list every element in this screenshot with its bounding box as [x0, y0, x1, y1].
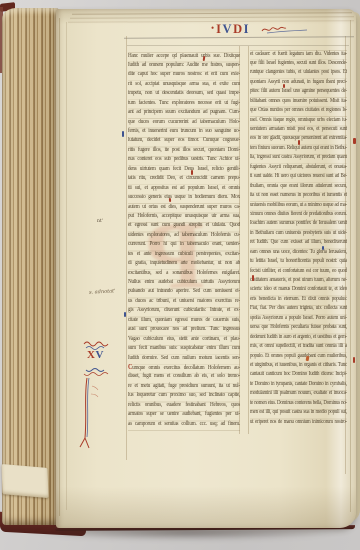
text-line: pites: filii autem Israel uno agmine per… — [250, 87, 347, 96]
rubric-mark — [169, 198, 171, 202]
header-letter: D — [233, 22, 244, 36]
text-line: te Domino in tympanis, cantate Domino in… — [250, 380, 347, 389]
text-line: tes et ante ingressum cubiculi perstrepe… — [128, 250, 240, 259]
header-ruling-line — [127, 45, 349, 46]
text-line: bilitabant omnes quos inuenire potuissen… — [250, 97, 347, 106]
text-line: tii sui, et appositus est ad populum Isr… — [128, 184, 240, 193]
text-line: Hanc mulier accepe qd plasmauit urbis su… — [128, 52, 240, 61]
text-line: impetu, non ut descendatis deorsum, sed … — [128, 89, 240, 98]
text-line: as camporum et semitas collium. ccc. usq… — [128, 420, 240, 429]
page-gutter-crease — [66, 22, 67, 510]
text-line: modulamini illi psalmum nouum, exaltate … — [250, 389, 347, 398]
text-line: disset, fugit mens et consilium ab eis, … — [128, 372, 240, 381]
text-line: uniuersis mobilibus eorum, ut a minimo u… — [250, 201, 347, 210]
text-line: runtque clangentes tubis, et ululantes p… — [250, 68, 347, 77]
text-line: dite caput hoc super muros nostros: et e… — [128, 70, 240, 79]
text-line: dens uirtutem quam fecit Deus Israel, re… — [128, 165, 240, 174]
rubric-mark — [283, 84, 285, 88]
text-line: autem ut ortus est dies, suspenderunt su… — [128, 203, 240, 212]
text-line: in Bethuliam cum uniuersis presbyteris s… — [250, 229, 347, 238]
page-gutter-crease — [59, 18, 60, 516]
text-line: tem finium suorum. Reliqui autem qui era… — [250, 144, 347, 153]
text-line: Iudith ad omnem populum: Audite me fratr… — [128, 61, 240, 70]
text-line: citate illum, quoniam egressi mures de c… — [128, 316, 240, 325]
text-line: lus loqueretur cum proximo suo, sed incl… — [128, 391, 240, 400]
header-flourish-icon — [261, 24, 309, 36]
text-line: quoniam Assyrii non adunati, in fugam ib… — [250, 78, 347, 87]
header-dot: • — [211, 23, 214, 33]
text-line: Ioachim autem summus pontifex de Ierusal… — [250, 219, 347, 228]
text-line: thuliam, omnia que erant illorum attuler… — [250, 182, 347, 191]
text-line: et uirginibus, et iuuenibus, in organis … — [250, 361, 347, 370]
text-line: men est illi, qui posuit castra sua in m… — [250, 408, 347, 417]
text-line: rit sol, accipiat unusquisque arma sua, … — [128, 80, 240, 89]
text-line: et egressi sunt cum grandi strepitu et u… — [128, 221, 240, 230]
rubric-mark — [124, 312, 126, 317]
text-line: ausi sunt prouocare nos ad prelium. Tunc… — [128, 325, 240, 334]
text-line: sum fecit manibus suis: suspicabatur eni… — [128, 344, 240, 353]
marginal-note-upper: nt' — [97, 219, 103, 224]
fore-edge-leaf-stack — [2, 8, 59, 525]
rubric-mark — [191, 170, 193, 175]
text-line: uidentes exploratores, ad tabernaculum H… — [128, 231, 240, 240]
text-line: re et metu agitati, fuge presidium sumun… — [128, 382, 240, 391]
text-line: di gratia, inquietudinem arte moliebantu… — [128, 259, 240, 268]
text-line: tatis ritu, credidit Deo, et circumcidit… — [128, 174, 240, 183]
text-line: put Holofernis, accepitque unusquisque u… — [128, 212, 240, 221]
chapter-start-line: Cumque omnis exercitus decollatum Holofe… — [128, 363, 240, 372]
page-edge-crease-line — [350, 20, 351, 512]
text-line: pulsando aut intrando aperire. Sed cum u… — [128, 287, 240, 296]
text-line: spolia Assyriorum a populo Israel. Porro… — [250, 314, 347, 323]
photo-backdrop: •IVDI P Hanc mulier accepe qd plasmauit … — [0, 0, 360, 550]
chapter-penwork-flourish-icon — [74, 334, 114, 466]
text-line: umque omnis exercitus decollatum Holofer… — [132, 365, 240, 371]
text-line: armatos super se uenire audiebant, fugie… — [128, 410, 240, 419]
text-line: us duces ac tribuni, et uniuersi maiores… — [128, 297, 240, 306]
text-line: lia, ingressi sunt castra Assyriorum, et… — [250, 153, 347, 162]
text-line: mis, et omni supellectili, et tradita su… — [250, 342, 347, 351]
protruding-leaf — [1, 464, 48, 498]
text-line: nus conteret eos sub pedibus uestris. Tu… — [128, 155, 240, 164]
book-shadow — [30, 529, 342, 541]
header-letter: I — [244, 22, 250, 36]
text-line: populo. Et omnes populi gaudebant cum mu… — [250, 352, 347, 361]
text-line: fugientes Assyrii reliquerant, abstuleru… — [250, 163, 347, 172]
text-line: tu letitia Israel, tu honorificentia pop… — [250, 257, 347, 266]
text-line: relictis omnibus, euadere festinabant He… — [128, 401, 240, 410]
running-header: •IVDI — [211, 20, 250, 35]
text-column-right: et cadauer: et fuerit legatum iam diu. V… — [250, 50, 347, 427]
rubric-mark — [122, 131, 124, 137]
text-line: successio generis eius usque in hodiernu… — [128, 193, 240, 202]
rubric-mark — [322, 246, 324, 250]
rubric-mark — [252, 275, 254, 281]
text-line: uentutem armatam misit post eos, et pers… — [250, 125, 347, 134]
text-line: Iudith dormire. Sed cum nullum motum iac… — [128, 354, 240, 363]
text-line: fernis, et inuenerint eum truncum in suo… — [128, 127, 240, 136]
text-line: ti sunt ualde. Hi uero qui uictores reue… — [250, 172, 347, 181]
text-line: ret Iudith. Que cum exisset ad illum, be… — [250, 238, 347, 247]
text-line: rael. Omnis itaque regio, omnisque urbs … — [250, 116, 347, 125]
text-line: ita ut non esset numerus in pecoribus et… — [250, 191, 347, 200]
text-line: Fiat, fiat. Per dies autem triginta, uix… — [250, 304, 347, 313]
text-line: excitantibus, sed a sonantibus Holoferne… — [128, 269, 240, 278]
text-line: eris benedicta in eternum. Et dixit omni… — [250, 295, 347, 304]
text-line: currerunt. Porro hi qui in tabernaculo e… — [128, 240, 240, 249]
header-letter: V — [223, 22, 234, 36]
text-line: tum facientes. Tunc exploratores necesse… — [128, 99, 240, 108]
text-line: dederunt Iudith in auro et argento, et u… — [250, 333, 347, 342]
text-line: cantauit canticum hoc Domino Iudith dice… — [250, 370, 347, 379]
text-line: Vagao cubiculum eius, stetit ante cortin… — [128, 335, 240, 344]
margin-paraph-mark — [353, 138, 356, 144]
rubric-mark — [298, 140, 300, 145]
text-line: et cadauer: et fuerit legatum iam diu. V… — [250, 50, 347, 59]
text-line: fecisti uiriliter, et confortatum est co… — [250, 267, 347, 276]
text-line: Nullus enim audebat cubiculum uirtutis A… — [128, 278, 240, 287]
text-line: scieris: ideo et manus Domini confortaui… — [250, 285, 347, 294]
text-line: que filii Israel fugientes, secuti sunt … — [250, 59, 347, 68]
text-column-left: Hanc mulier accepe qd plasmauit urbis su… — [128, 52, 240, 431]
text-line: ritis fugere illos, ite post illos secur… — [128, 146, 240, 155]
text-line: ut eriperet nos de manu omnium inimicoru… — [250, 418, 347, 427]
text-line: uersa que Holofernis peculiaria fuisse p… — [250, 323, 347, 332]
margin-paraph-mark — [353, 357, 355, 363]
text-line: castitatem amaueris, et post uirum tuum,… — [250, 276, 347, 285]
text-line: lutatum, decidet super eos timor. Cumque… — [128, 136, 240, 145]
text-line: te nomen eius. Dominus conterens bella, … — [250, 399, 347, 408]
text-line: que Ozias nuntios per omnes ciuitates et… — [250, 106, 347, 115]
text-line: gis Assyriorum, dixerunt cubiculariis: I… — [128, 306, 240, 315]
chapter-initial: C — [128, 363, 132, 371]
text-line: que duces eorum cucurrerint ad tabernacu… — [128, 118, 240, 127]
text-line: eam omnes una uoce, dicentes: Tu gloria … — [250, 248, 347, 257]
text-line: ximum omnes diuites fierent de predation… — [250, 210, 347, 219]
text-line: ant ad principem suum excitandum ad pugn… — [128, 108, 240, 117]
